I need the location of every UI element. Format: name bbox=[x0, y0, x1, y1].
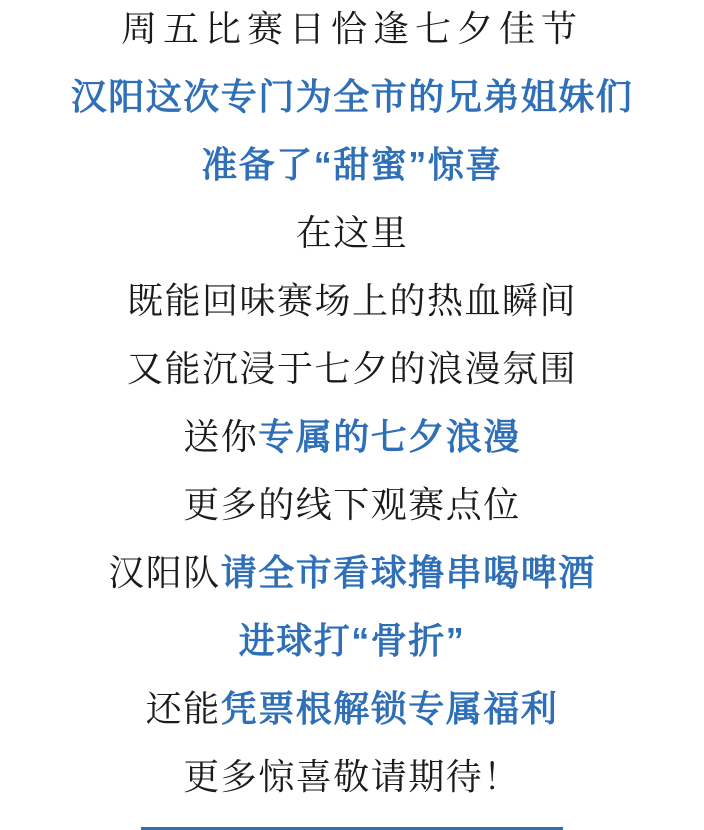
text-segment: 专属的七夕浪漫 bbox=[258, 416, 521, 457]
text-segment: 汉阳队 bbox=[108, 552, 221, 593]
text-line: 更多的线下观赛点位 bbox=[0, 471, 704, 539]
text-segment: 请全市看球撸串喝啤酒 bbox=[221, 552, 596, 593]
text-segment: 送你 bbox=[183, 416, 258, 457]
text-line: 周五比赛日恰逢七夕佳节 bbox=[0, 0, 704, 63]
text-line: 更多惊喜敬请期待！ bbox=[0, 743, 704, 811]
text-segment: 更多惊喜敬请期待！ bbox=[183, 756, 521, 797]
text-segment: 还能 bbox=[146, 688, 221, 729]
text-segment: 周五比赛日恰逢七夕佳节 bbox=[121, 8, 583, 49]
text-segment: 进球打“骨折” bbox=[239, 620, 466, 661]
text-segment: 汉阳这次专门为全市的兄弟姐妹们 bbox=[71, 76, 634, 117]
text-segment: 更多的线下观赛点位 bbox=[183, 484, 521, 525]
text-line: 准备了“甜蜜”惊喜 bbox=[0, 131, 704, 199]
text-line: 在这里 bbox=[0, 199, 704, 267]
text-line: 还能凭票根解锁专属福利 bbox=[0, 675, 704, 743]
text-line: 既能回味赛场上的热血瞬间 bbox=[0, 267, 704, 335]
text-line: 又能沉浸于七夕的浪漫氛围 bbox=[0, 335, 704, 403]
text-segment: 在这里 bbox=[296, 212, 409, 253]
text-line: 进球打“骨折” bbox=[0, 607, 704, 675]
text-segment: 既能回味赛场上的热血瞬间 bbox=[127, 280, 577, 321]
text-segment: 凭票根解锁专属福利 bbox=[221, 688, 559, 729]
text-line: 汉阳这次专门为全市的兄弟姐妹们 bbox=[0, 63, 704, 131]
text-segment: 准备了“甜蜜”惊喜 bbox=[201, 144, 503, 185]
text-segment: 又能沉浸于七夕的浪漫氛围 bbox=[127, 348, 577, 389]
text-line: 送你专属的七夕浪漫 bbox=[0, 403, 704, 471]
article-body: 周五比赛日恰逢七夕佳节汉阳这次专门为全市的兄弟姐妹们准备了“甜蜜”惊喜在这里既能… bbox=[0, 0, 704, 811]
text-line: 汉阳队请全市看球撸串喝啤酒 bbox=[0, 539, 704, 607]
